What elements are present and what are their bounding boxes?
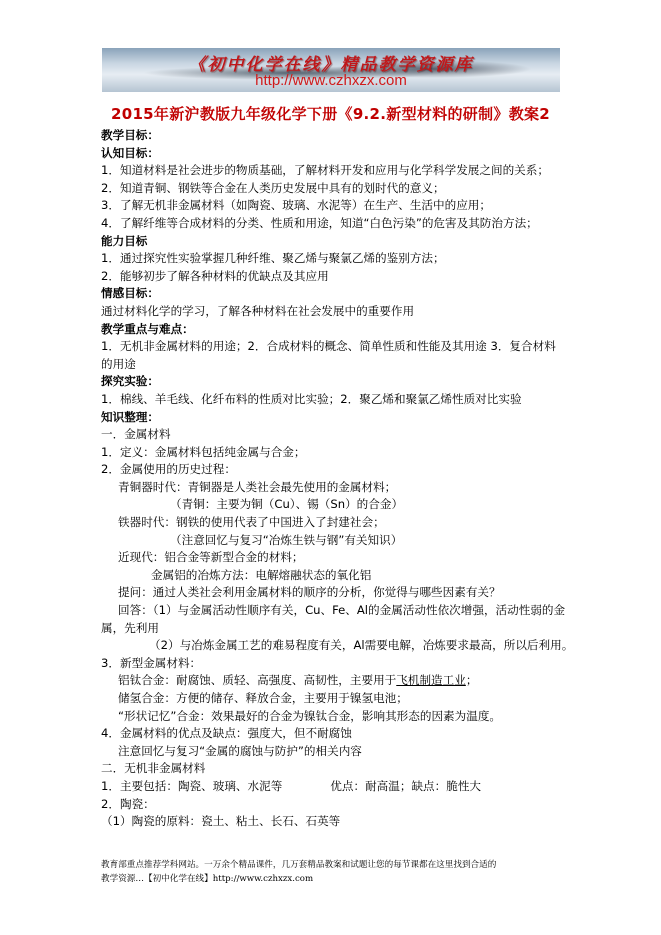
iron-age: 铁器时代：钢铁的使用代表了中国进入了封建社会；	[101, 514, 566, 532]
key-points-text: 1．无机非金属材料的用途；2．合成材料的概念、简单性质和性能及其用途 3．复合材…	[101, 338, 566, 373]
site-banner: 《初中化学在线》精品教学资源库 http://www.czhxzx.com	[102, 48, 560, 92]
document-title: 2015年新沪教版九年级化学下册《9.2.新型材料的研制》教案2	[0, 103, 661, 124]
footer-line-2: 教学资源…【初中化学在线】http://www.czhxzx.com	[101, 872, 571, 886]
hydrogen-storage-alloy: 储氢合金：方便的储存、释放合金，主要用于镍氢电池；	[101, 690, 566, 708]
cognitive-goal: 2．知道青铜、钢铁等合金在人类历史发展中具有的划时代的意义；	[101, 180, 566, 198]
footer-line-1: 教育部重点推荐学科网站。一万余个精品课件，几万套精品教案和试题让您的每节课都在这…	[101, 858, 571, 872]
page-footer: 教育部重点推荐学科网站。一万余个精品课件，几万套精品教案和试题让您的每节课都在这…	[101, 858, 571, 886]
section-nonmetal-title: 二．无机非金属材料	[101, 760, 566, 778]
section-metal-title: 一．金属材料	[101, 426, 566, 444]
teaching-goals-heading: 教学目标：	[101, 127, 566, 145]
ceramics-title: 2．陶瓷：	[101, 796, 566, 814]
cognitive-goals-heading: 认知目标：	[101, 145, 566, 163]
ceramics-raw-materials: （1）陶瓷的原料：瓷土、粘土、长石、石英等	[101, 813, 566, 831]
shape-memory-alloy: “形状记忆”合金：效果最好的合金为镍钛合金，影响其形态的因素为温度。	[101, 708, 566, 726]
ability-goal: 2．能够初步了解各种材料的优缺点及其应用	[101, 268, 566, 286]
knowledge-heading: 知识整理：	[101, 409, 566, 427]
corrosion-review-note: 注意回忆与复习“金属的腐蚀与防护”的相关内容	[101, 743, 566, 761]
key-points-heading: 教学重点与难点：	[101, 321, 566, 339]
answer-2: （2）与冶炼金属工艺的难易程度有关，Al需要电解，冶炼要求最高，所以后利用。	[101, 637, 566, 655]
ability-goal: 1．通过探究性实验掌握几种纤维、聚乙烯与聚氯乙烯的鉴别方法；	[101, 250, 566, 268]
iron-note: （注意回忆与复习“冶炼生铁与钢”有关知识）	[101, 532, 566, 550]
document-body: 教学目标： 认知目标： 1．知道材料是社会进步的物质基础，了解材料开发和应用与化…	[101, 127, 566, 831]
new-metal-title: 3．新型金属材料：	[101, 655, 566, 673]
metal-history-title: 2．金属使用的历史过程：	[101, 461, 566, 479]
cognitive-goal: 4．了解纤维等合成材料的分类、性质和用途，知道“白色污染”的危害及其防治方法；	[101, 215, 566, 233]
aircraft-industry-underlined: 飞机制造工业	[396, 673, 466, 687]
al-ti-alloy-suffix: ；	[466, 673, 478, 687]
nonmetal-includes: 1．主要包括：陶瓷、玻璃、水泥等	[101, 779, 282, 793]
nonmetal-includes-row: 1．主要包括：陶瓷、玻璃、水泥等优点：耐高温；缺点：脆性大	[101, 778, 566, 796]
answer-1: 回答：（1）与金属活动性顺序有关，Cu、Fe、Al的金属活动性依次增强，活动性弱…	[101, 602, 566, 637]
emotion-goal: 通过材料化学的学习，了解各种材料在社会发展中的重要作用	[101, 303, 566, 321]
experiment-text: 1．棉线、羊毛线、化纤布料的性质对比实验；2．聚乙烯和聚氯乙烯性质对比实验	[101, 391, 566, 409]
emotion-goals-heading: 情感目标：	[101, 285, 566, 303]
cognitive-goal: 3．了解无机非金属材料（如陶瓷、玻璃、水泥等）在生产、生活中的应用；	[101, 197, 566, 215]
footer-url-link[interactable]: http://www.czhxzx.com	[213, 874, 313, 884]
al-ti-alloy-text: 铝钛合金：耐腐蚀、质轻、高强度、高韧性，主要用于	[118, 673, 396, 687]
ability-goals-heading: 能力目标	[101, 233, 566, 251]
banner-url[interactable]: http://www.czhxzx.com	[102, 72, 560, 89]
aluminium-smelting-note: 金属铝的冶炼方法：电解熔融状态的氧化铝	[101, 567, 566, 585]
experiment-heading: 探究实验：	[101, 373, 566, 391]
bronze-age: 青铜器时代：青铜器是人类社会最先使用的金属材料；	[101, 479, 566, 497]
bronze-note: （青铜：主要为铜（Cu）、锡（Sn）的合金）	[101, 496, 566, 514]
modern-age: 近现代：铝合金等新型合金的材料；	[101, 549, 566, 567]
nonmetal-pros-cons: 优点：耐高温；缺点：脆性大	[330, 779, 481, 793]
cognitive-goal: 1．知道材料是社会进步的物质基础，了解材料开发和应用与化学科学发展之间的关系；	[101, 162, 566, 180]
footer-site-name: 教学资源…【初中化学在线】	[101, 874, 213, 884]
metal-pros-cons: 4．金属材料的优点及缺点：强度大，但不耐腐蚀	[101, 725, 566, 743]
question: 提问：通过人类社会利用金属材料的顺序的分析，你觉得与哪些因素有关？	[101, 584, 566, 602]
metal-definition: 1．定义：金属材料包括纯金属与合金；	[101, 444, 566, 462]
al-ti-alloy: 铝钛合金：耐腐蚀、质轻、高强度、高韧性，主要用于飞机制造工业；	[101, 672, 566, 690]
